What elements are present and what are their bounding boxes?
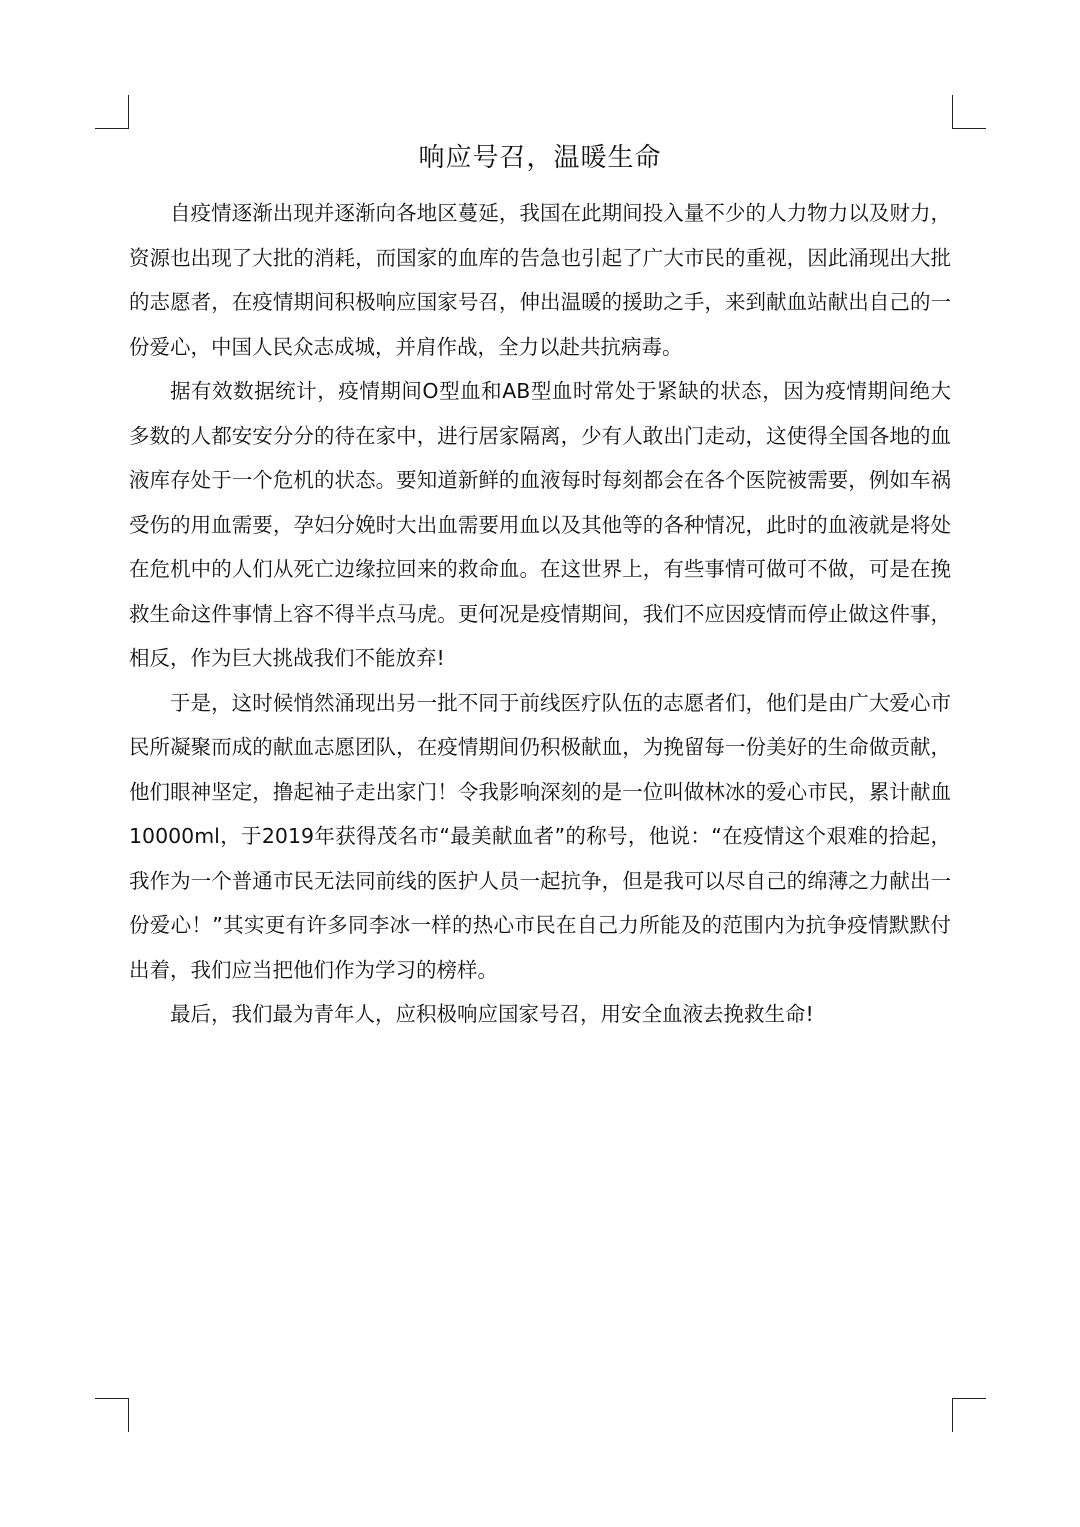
crop-mark-bottom-right [952, 1398, 986, 1432]
paragraph-4: 最后，我们最为青年人，应积极响应国家号召，用安全血液去挽救生命! [129, 992, 951, 1037]
document-body: 自疫情逐渐出现并逐渐向各地区蔓延，我国在此期间投入量不少的人力物力以及财力，资源… [129, 191, 951, 1037]
crop-mark-top-right [952, 95, 986, 129]
crop-mark-top-left [95, 95, 129, 129]
paragraph-2: 据有效数据统计，疫情期间O型血和AB型血时常处于紧缺的状态，因为疫情期间绝大多数… [129, 369, 951, 681]
crop-mark-bottom-left [95, 1398, 129, 1432]
paragraph-3: 于是，这时候悄然涌现出另一批不同于前线医疗队伍的志愿者们，他们是由广大爱心市民所… [129, 681, 951, 993]
paragraph-1: 自疫情逐渐出现并逐渐向各地区蔓延，我国在此期间投入量不少的人力物力以及财力，资源… [129, 191, 951, 369]
document-title: 响应号召，温暖生命 [0, 138, 1080, 178]
